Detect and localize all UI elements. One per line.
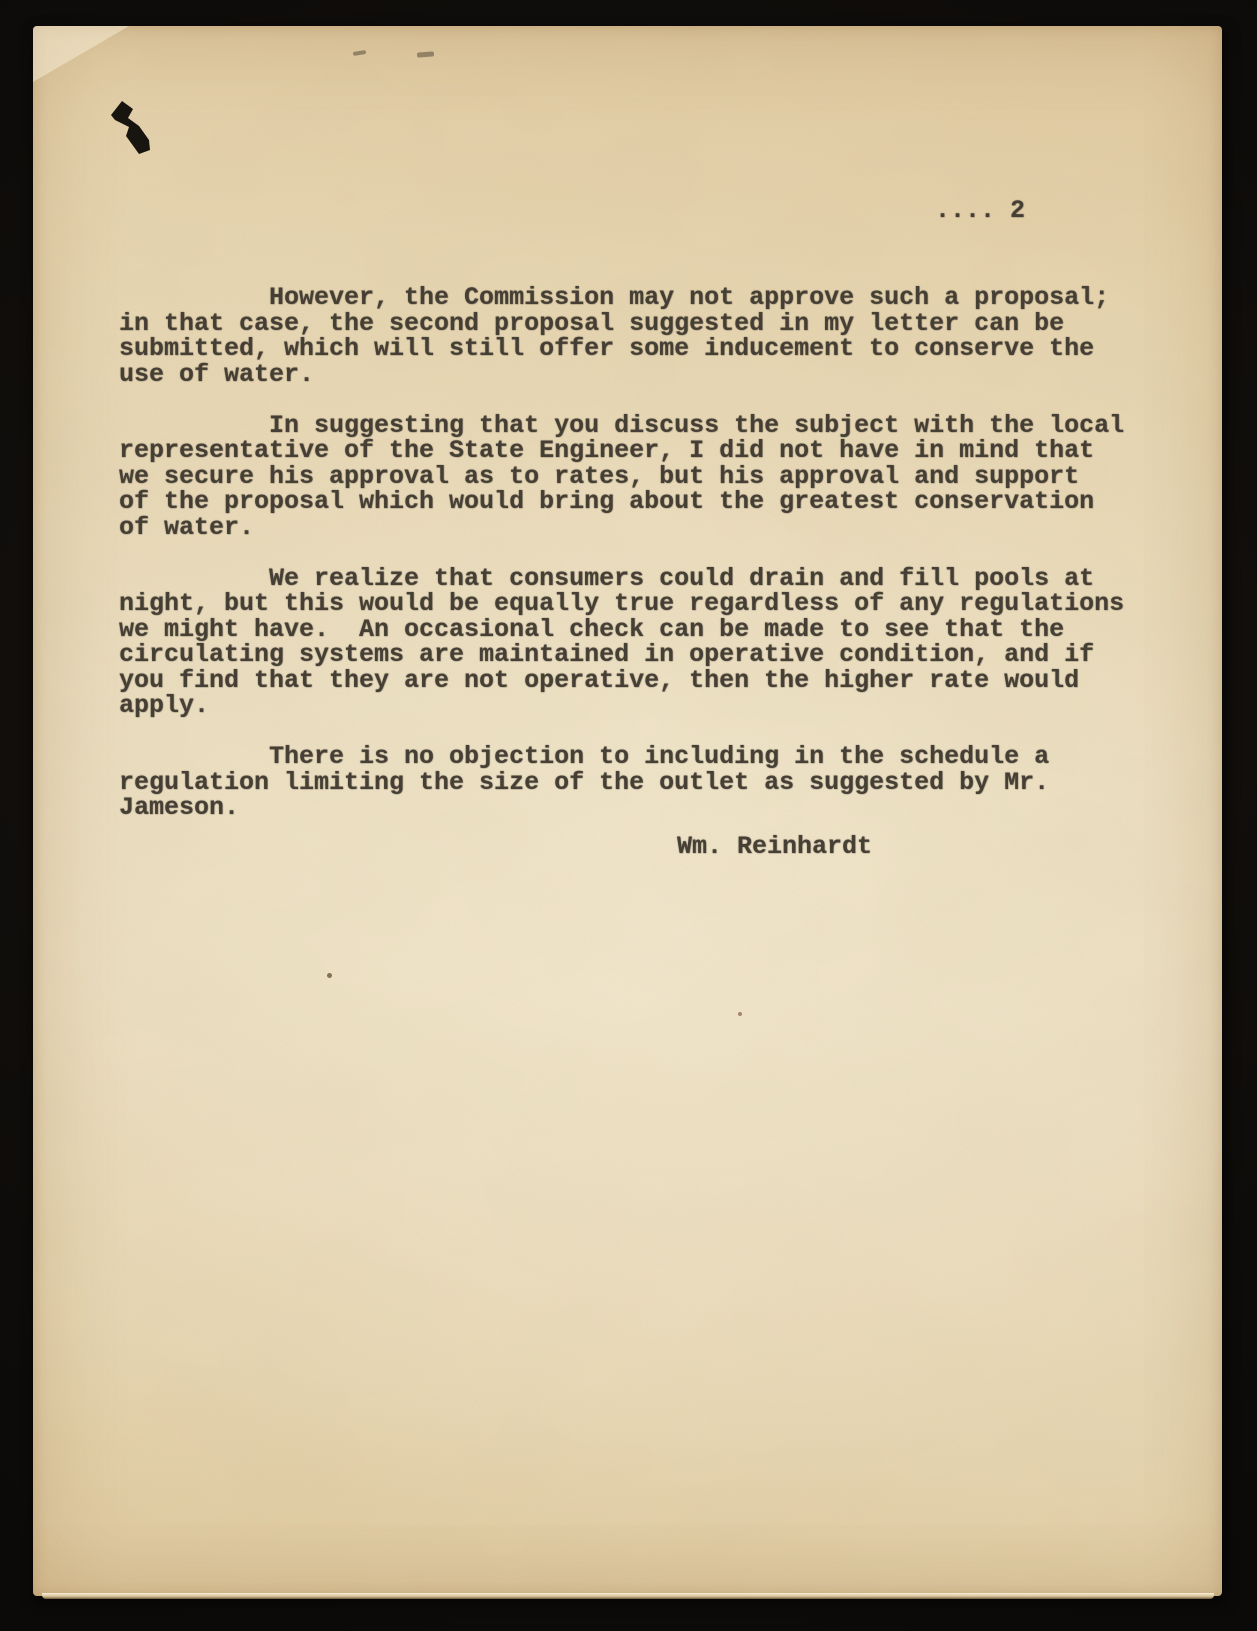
pencil-mark: [353, 50, 366, 56]
corner-fold: [33, 26, 129, 82]
paragraph: We realize that consumers could drain an…: [119, 566, 1159, 719]
letter-body: However, the Commission may not approve …: [119, 285, 1159, 846]
sheet-edge: [42, 1593, 1214, 1599]
paragraph: However, the Commission may not approve …: [119, 285, 1159, 387]
pencil-mark: [417, 51, 434, 57]
paragraph: There is no objection to including in th…: [119, 744, 1159, 821]
signature: Wm. Reinhardt: [677, 834, 872, 860]
page-number: .... 2: [935, 198, 1025, 224]
paragraph: In suggesting that you discuss the subje…: [119, 413, 1159, 541]
scan-background: .... 2 However, the Commission may not a…: [0, 0, 1257, 1631]
paper-speck: [327, 973, 332, 978]
paper-speck: [738, 1012, 742, 1016]
staple-mark-icon: [106, 98, 162, 158]
letter-page: .... 2 However, the Commission may not a…: [33, 26, 1222, 1596]
